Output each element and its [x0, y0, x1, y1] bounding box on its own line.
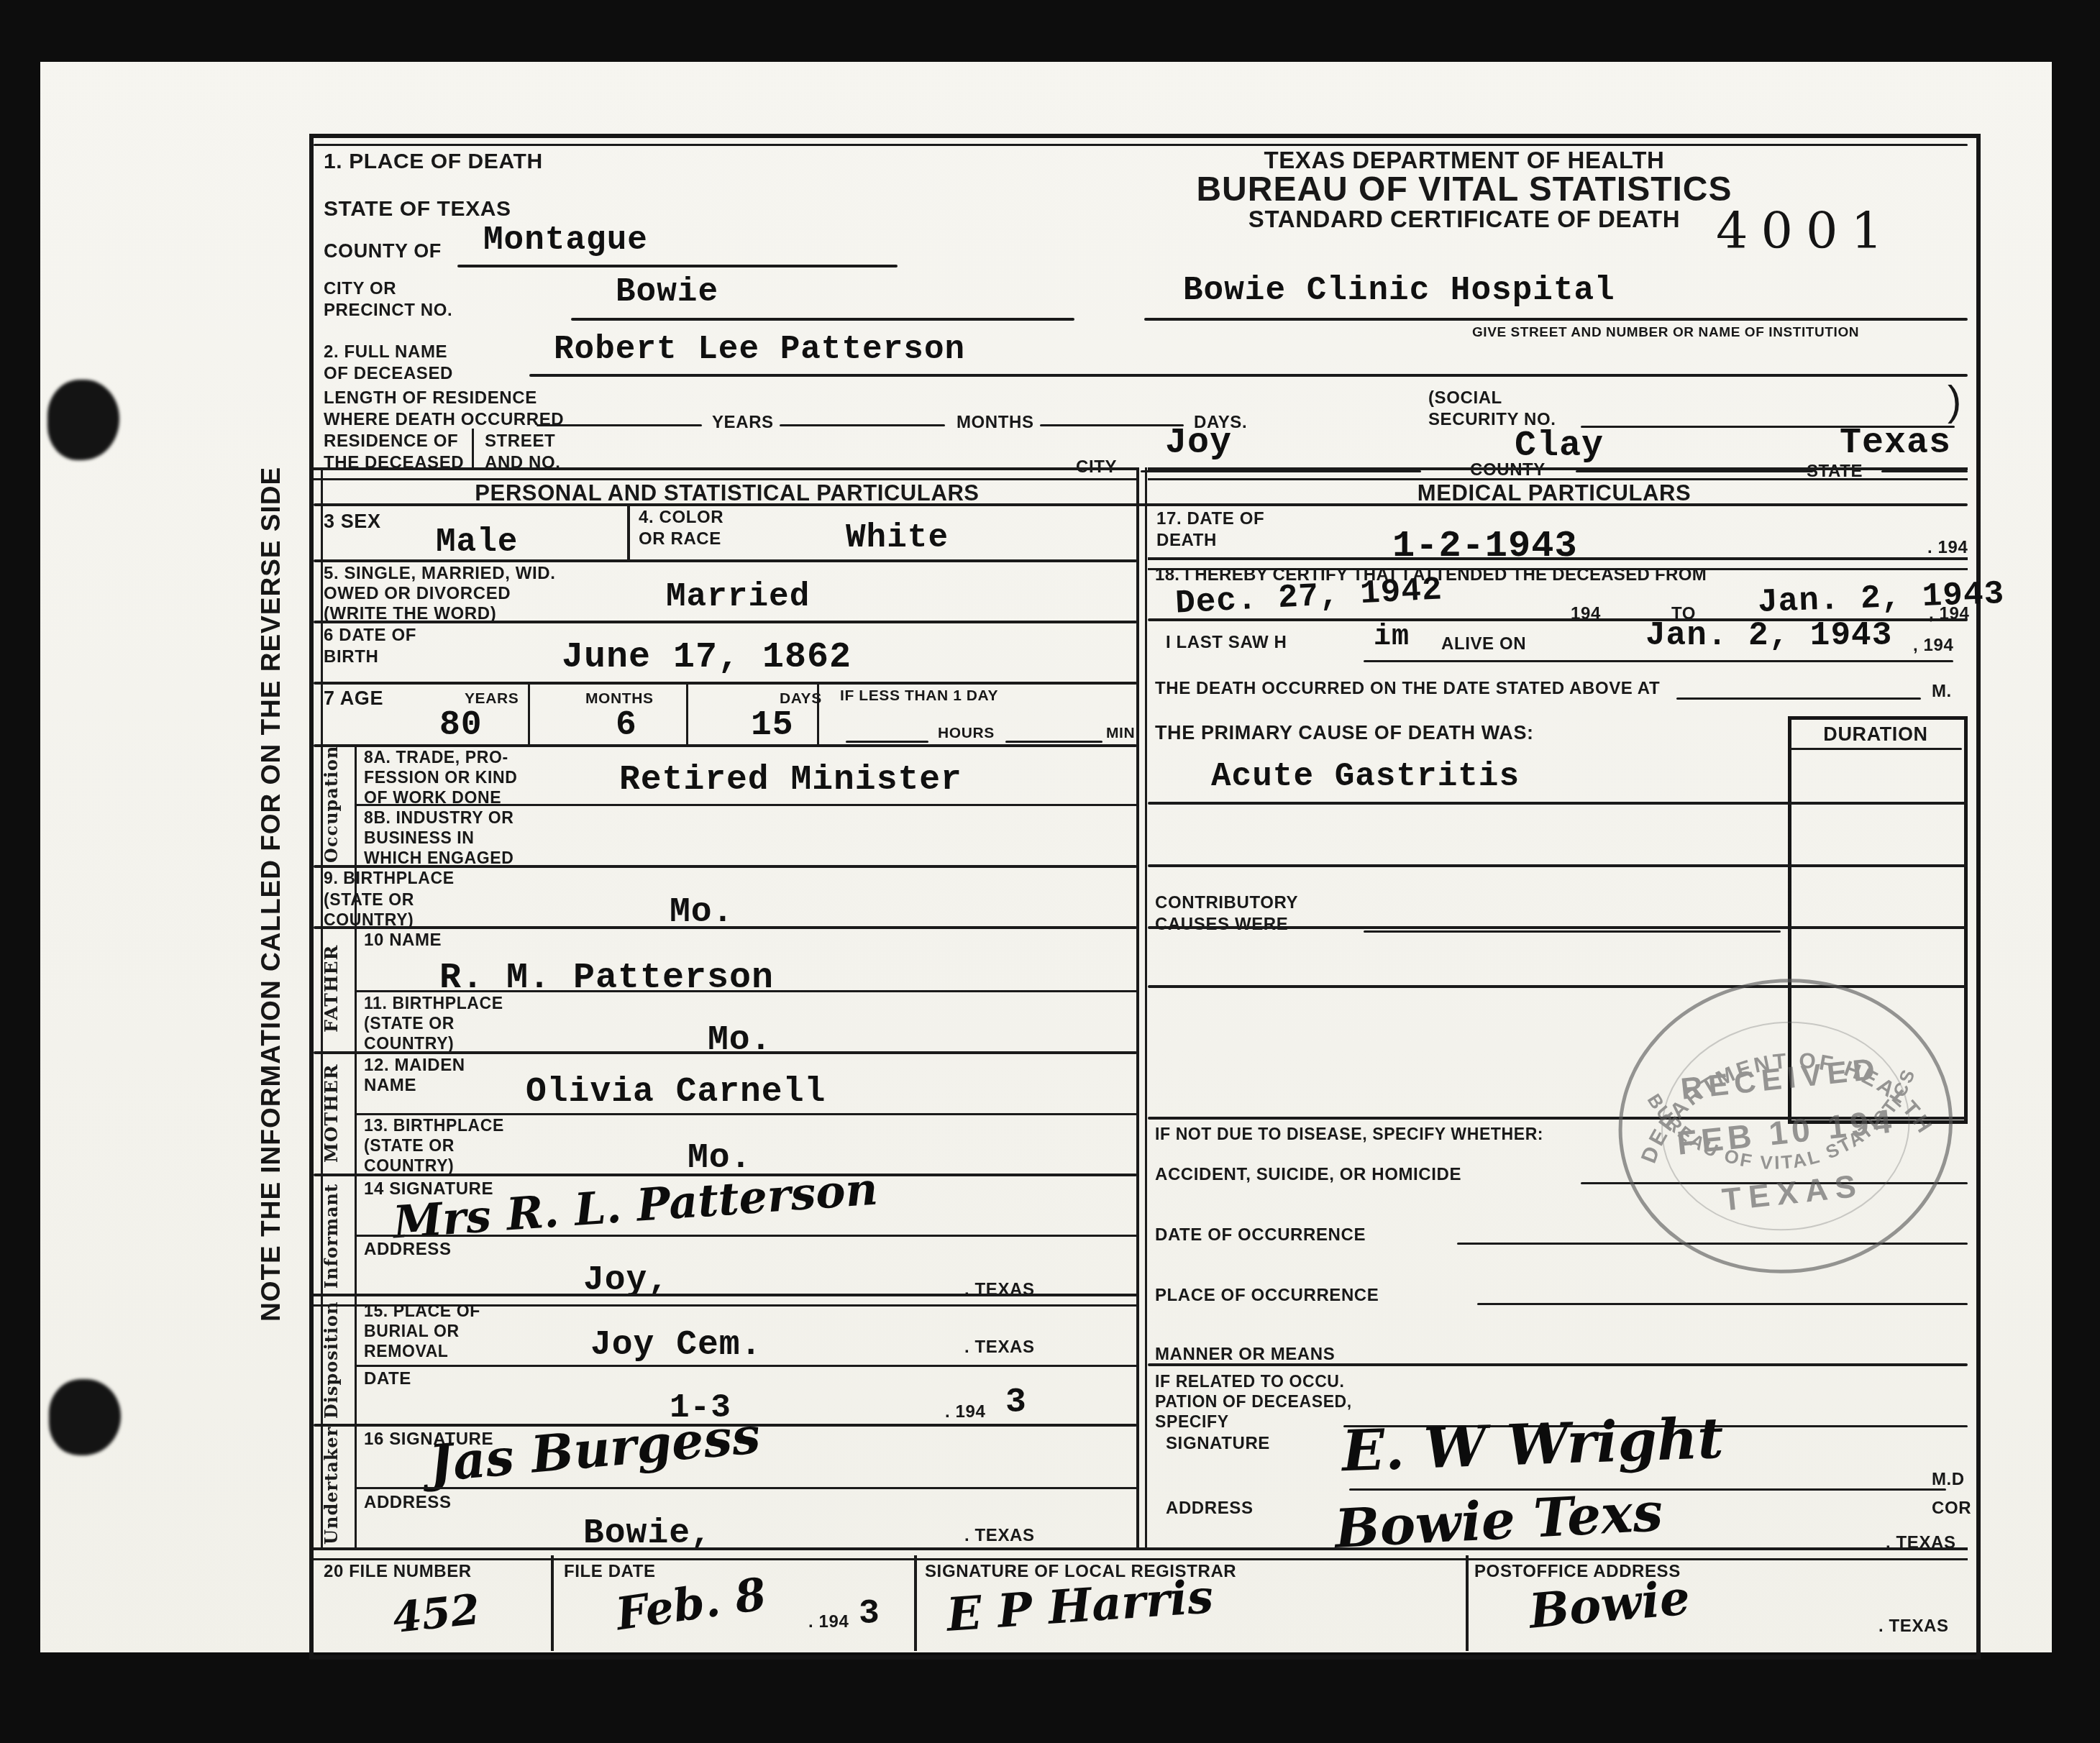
rule-m-lastsaw — [1364, 660, 1953, 662]
age-years-value: 80 — [439, 706, 483, 745]
full-name-label-2: OF DECEASED — [324, 364, 453, 384]
physician-addr-label: ADDRESS — [1166, 1499, 1254, 1519]
rule-r5 — [314, 621, 1137, 623]
duration-underline — [1789, 748, 1962, 750]
birth-date-value: June 17, 1862 — [562, 637, 852, 678]
group-disposition: Disposition — [321, 1299, 342, 1420]
city-underline — [571, 318, 1074, 321]
informant-addr-label: ADDRESS — [364, 1240, 452, 1260]
po-address-texas: . TEXAS — [1878, 1616, 1949, 1637]
related-label-1: IF RELATED TO OCCU. — [1155, 1372, 1345, 1391]
len-line-1 — [537, 424, 702, 426]
age-months-value: 6 — [616, 706, 637, 745]
undertaker-signature: Jas Burgess — [426, 1405, 762, 1493]
father-name-value: R. M. Patterson — [439, 958, 774, 999]
maiden-label-2: NAME — [364, 1076, 416, 1096]
city2-value: Joy — [1165, 423, 1232, 464]
column-divider-b — [1145, 467, 1147, 1550]
lastsaw-date: Jan. 2, 1943 — [1645, 617, 1892, 654]
age-div-3 — [817, 682, 819, 744]
file-date-year-prefix: . 194 — [808, 1612, 849, 1632]
age-days-value: 15 — [751, 706, 794, 745]
residence-length-label-2: WHERE DEATH OCCURRED — [324, 410, 564, 430]
color-value: White — [846, 519, 949, 557]
header-bottom-rule — [314, 503, 1968, 506]
place-occurrence-label: PLACE OF OCCURRENCE — [1155, 1286, 1379, 1306]
city-label-2: PRECINCT NO. — [324, 301, 452, 321]
state2-value: Texas — [1840, 423, 1951, 464]
birthplace-label-1: 9. BIRTHPLACE — [324, 869, 455, 888]
county2-value: Clay — [1515, 426, 1604, 467]
related-label-2: PATION OF DECEASED, — [1155, 1392, 1352, 1412]
lastsaw-label-1: I LAST SAW H — [1166, 633, 1287, 653]
group-occupation: Occupation — [321, 748, 342, 863]
medical-header: MEDICAL PARTICULARS — [1141, 480, 1968, 506]
contributory-line — [1364, 930, 1781, 933]
rule-r16 — [355, 1487, 1137, 1489]
color-label-1: 4. COLOR — [639, 508, 723, 528]
ssn-paren: ) — [1948, 377, 1962, 425]
dod-label-1: 17. DATE OF — [1156, 509, 1264, 529]
group-father: FATHER — [321, 929, 342, 1048]
scan-border-top — [0, 0, 2100, 62]
trade-value: Retired Minister — [619, 761, 962, 800]
rule-r7 — [314, 744, 1137, 747]
county-label: COUNTY OF — [324, 240, 442, 262]
personal-header: PERSONAL AND STATISTICAL PARTICULARS — [314, 480, 1141, 506]
ssn-label-1: (SOCIAL — [1428, 388, 1502, 408]
burial-date-label: DATE — [364, 1369, 411, 1389]
scan-border-bottom — [0, 1652, 2100, 1743]
street-label-1: STREET — [485, 431, 555, 452]
city-value: Bowie — [616, 273, 718, 311]
place-of-death-label: 1. PLACE OF DEATH — [324, 150, 543, 174]
file-div-2 — [914, 1555, 917, 1651]
physician-signature: E. W Wright — [1341, 1406, 1725, 1484]
maiden-value: Olivia Carnell — [526, 1073, 826, 1112]
age-label: 7 AGE — [324, 687, 383, 710]
physician-sig-label: SIGNATURE — [1166, 1434, 1270, 1454]
scan-border-left — [0, 0, 40, 1675]
institution-underline — [1144, 318, 1968, 321]
manner-label: MANNER OR MEANS — [1155, 1345, 1335, 1365]
age-hours-label: HOURS — [938, 725, 995, 742]
file-date-year-digit: 3 — [859, 1595, 880, 1634]
group-undertaker: Undertaker — [321, 1427, 342, 1545]
certificate-number: 4001 — [1716, 201, 1896, 260]
rule-r11 — [314, 1051, 1137, 1054]
cor-label: COR — [1932, 1499, 1971, 1519]
primary-cause-label: THE PRIMARY CAUSE OF DEATH WAS: — [1155, 722, 1534, 744]
lastsaw-194: , 194 — [1913, 636, 1953, 656]
file-div-1 — [551, 1555, 554, 1651]
column-divider-a — [1136, 467, 1139, 1550]
mother-bp-label-3: COUNTRY) — [364, 1156, 454, 1176]
ifnot-label: IF NOT DUE TO DISEASE, SPECIFY WHETHER: — [1155, 1125, 1543, 1144]
marital-value: Married — [666, 578, 810, 616]
contributory-label-2: CAUSES WERE — [1155, 915, 1288, 935]
marital-label-2: OWED OR DIVORCED — [324, 584, 511, 604]
scan-border-right — [2052, 0, 2100, 1661]
file-number-label: 20 FILE NUMBER — [324, 1562, 472, 1582]
rule-r14 — [355, 1235, 1137, 1237]
father-bp-label-3: COUNTRY) — [364, 1034, 454, 1053]
birth-label-1: 6 DATE OF — [324, 626, 416, 646]
lastsaw-label-2: ALIVE ON — [1441, 634, 1526, 654]
institution-value: Bowie Clinic Hospital — [1183, 272, 1615, 309]
hours-line — [846, 741, 928, 743]
burial-year-prefix: . 194 — [945, 1402, 985, 1422]
residence-divider — [472, 429, 474, 470]
burial-texas: . TEXAS — [964, 1337, 1035, 1358]
md-label: M.D — [1932, 1470, 1965, 1490]
len-line-2 — [780, 424, 945, 426]
institution-hint: GIVE STREET AND NUMBER OR NAME OF INSTIT… — [1320, 325, 2011, 341]
rule-r3 — [314, 559, 1137, 562]
rule-m-c2 — [1148, 864, 1968, 867]
months-label: MONTHS — [957, 413, 1034, 433]
birth-label-2: BIRTH — [324, 647, 378, 667]
related-label-3: SPECIFY — [1155, 1412, 1229, 1432]
age-years-label: YEARS — [465, 690, 519, 708]
maiden-label-1: 12. MAIDEN — [364, 1056, 465, 1076]
sex-color-divider — [627, 505, 630, 559]
county-underline — [457, 265, 898, 267]
age-min-label: MIN — [1106, 725, 1135, 742]
rule-r8b — [314, 865, 1137, 868]
age-months-label: MONTHS — [585, 690, 654, 708]
industry-label-2: BUSINESS IN — [364, 828, 475, 848]
lastsaw-typed: im — [1374, 621, 1410, 654]
age-less-label: IF LESS THAN 1 DAY — [840, 687, 998, 705]
contributory-label-1: CONTRIBUTORY — [1155, 893, 1298, 913]
file-div-3 — [1466, 1555, 1469, 1651]
rule-m-c1 — [1148, 802, 1968, 805]
mother-bp-label-2: (STATE OR — [364, 1136, 455, 1156]
file-row-top-rule — [314, 1547, 1968, 1560]
father-bp-label-1: 11. BIRTHPLACE — [364, 994, 503, 1013]
rule-m-c3 — [1148, 926, 1968, 929]
full-name-underline — [529, 374, 1968, 377]
section-divider-right — [1148, 467, 1968, 480]
len-line-3 — [1040, 424, 1184, 426]
duration-label: DURATION — [1789, 723, 1962, 746]
certificate-form: 1. PLACE OF DEATH TEXAS DEPARTMENT OF HE… — [309, 134, 1981, 1660]
rule-r9 — [314, 926, 1137, 929]
dod-label-2: DEATH — [1156, 531, 1217, 551]
margin-note: NOTE THE INFORMATION CALLED FOR ON THE R… — [256, 408, 302, 1379]
rule-r6 — [314, 682, 1137, 685]
burial-label-3: REMOVAL — [364, 1342, 449, 1361]
rule-r12 — [355, 1113, 1137, 1115]
sex-label: 3 SEX — [324, 511, 381, 533]
full-name-value: Robert Lee Patterson — [554, 331, 965, 368]
date-occurrence-label: DATE OF OCCURRENCE — [1155, 1225, 1366, 1245]
city-label-1: CITY OR — [324, 279, 396, 299]
occurred-line — [1676, 697, 1921, 700]
age-days-label: DAYS — [780, 690, 822, 708]
father-name-label: 10 NAME — [364, 930, 442, 951]
full-name-label-1: 2. FULL NAME — [324, 342, 447, 362]
burial-year-digit: 3 — [1005, 1383, 1027, 1422]
trade-label-2: FESSION OR KIND — [364, 768, 517, 787]
father-bp-label-2: (STATE OR — [364, 1014, 455, 1033]
sex-value: Male — [436, 523, 518, 561]
stamp-state: TEXAS — [1720, 1168, 1865, 1217]
dod-suffix: . 194 — [1927, 538, 1968, 558]
primary-cause-value: Acute Gastritis — [1211, 758, 1520, 795]
group-mother: MOTHER — [321, 1054, 342, 1172]
min-line — [1005, 741, 1102, 743]
undertaker-addr-texas: . TEXAS — [964, 1526, 1035, 1546]
section-divider-left — [314, 467, 1137, 480]
rule-r15 — [355, 1365, 1137, 1367]
burial-label-1: 15. PLACE OF — [364, 1301, 480, 1321]
residence-label-1: RESIDENCE OF — [324, 431, 458, 452]
file-number-value: 452 — [391, 1585, 483, 1642]
age-div-2 — [686, 682, 688, 744]
rule-r8a — [355, 804, 1137, 806]
burial-label-2: BURIAL OR — [364, 1322, 460, 1341]
marital-label-1: 5. SINGLE, MARRIED, WID. — [324, 564, 555, 584]
scanned-death-certificate: NOTE THE INFORMATION CALLED FOR ON THE R… — [0, 0, 2100, 1743]
group-informant: Informant — [321, 1176, 342, 1296]
accident-label: ACCIDENT, SUICIDE, OR HOMICIDE — [1155, 1165, 1461, 1185]
industry-label-1: 8B. INDUSTRY OR — [364, 808, 513, 828]
file-date-label: FILE DATE — [564, 1562, 656, 1582]
county-value: Montague — [483, 221, 648, 259]
manner-line — [1148, 1363, 1968, 1366]
color-label-2: OR RACE — [639, 529, 721, 549]
residence-length-label-1: LENGTH OF RESIDENCE — [324, 388, 537, 408]
rule-r10 — [355, 990, 1137, 992]
trade-label-1: 8A. TRADE, PRO- — [364, 748, 508, 767]
state-of-texas-label: STATE OF TEXAS — [324, 197, 511, 221]
years-label: YEARS — [712, 413, 774, 433]
inner-top-rule — [314, 144, 1968, 146]
received-stamp: DEPARTMENT OF HEALTH BUREAU OF VITAL STA… — [1578, 936, 1993, 1319]
mother-bp-label-1: 13. BIRTHPLACE — [364, 1116, 504, 1135]
age-div-1 — [528, 682, 530, 744]
occurred-suffix: M. — [1932, 682, 1952, 702]
occurred-label: THE DEATH OCCURRED ON THE DATE STATED AB… — [1155, 679, 1660, 699]
birthplace-label-2: (STATE OR — [324, 890, 414, 910]
undertaker-addr-label: ADDRESS — [364, 1493, 452, 1513]
burial-value: Joy Cem. — [590, 1326, 762, 1365]
